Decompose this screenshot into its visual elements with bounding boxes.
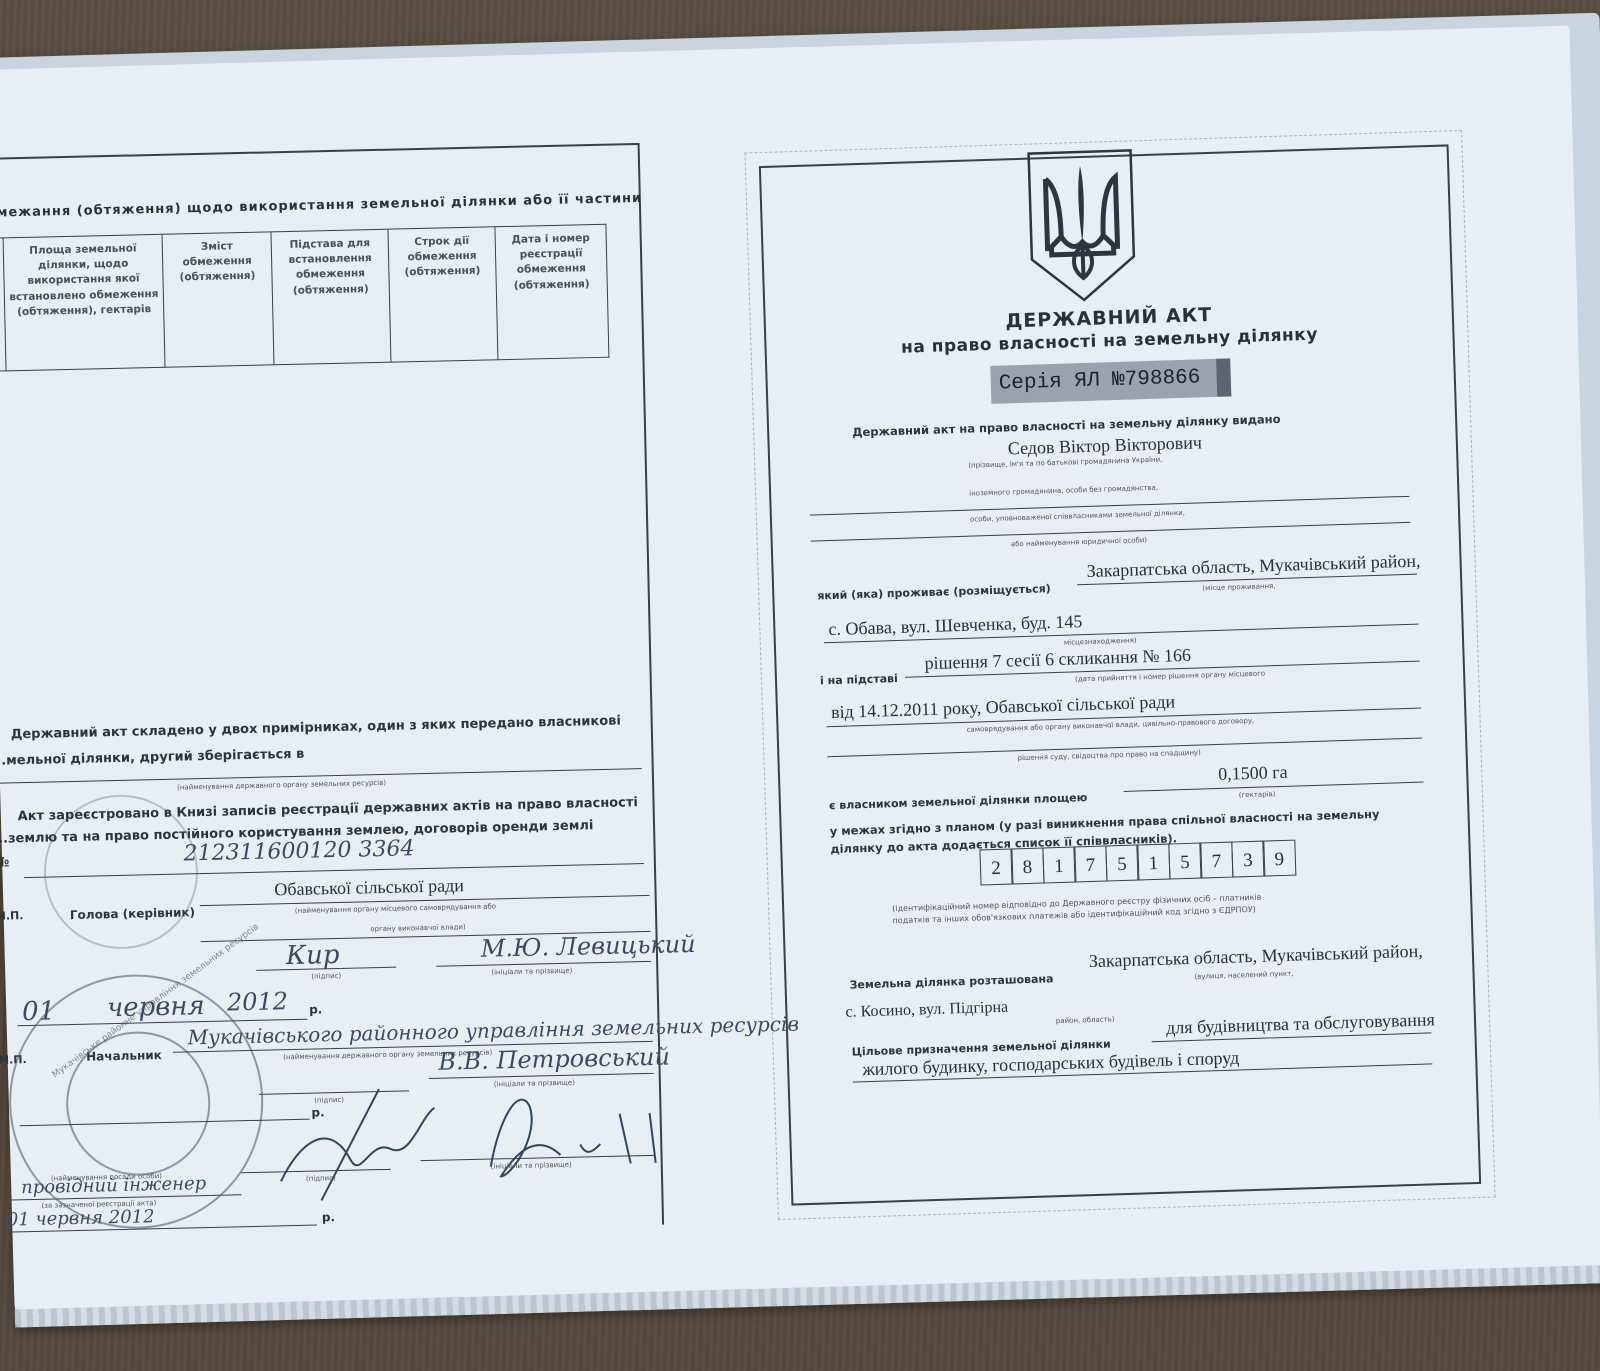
restrictions-col-registration: Дата і номер реєстрації обмеження (обтяж… <box>495 224 609 359</box>
restrictions-col-content: Зміст обмеження (обтяження) <box>162 232 274 367</box>
head-name: М.Ю. Левицький <box>480 930 695 963</box>
mp-label-1: М.П. <box>0 909 24 923</box>
series-number: 798866 <box>1124 366 1200 391</box>
area-caption: (гектарів) <box>1239 790 1276 799</box>
date-1-suffix: р. <box>309 1002 322 1016</box>
right-page: ДЕРЖАВНИЙ АКТ на право власності на земе… <box>759 144 1481 1205</box>
registrar-signature <box>259 1072 682 1211</box>
left-page: ...межання (обтяження) щодо використання… <box>0 142 692 1247</box>
restrictions-col-basis: Підстава для встановлення обмеження (обт… <box>271 229 391 365</box>
registrar-signature-caption: (підпис) <box>306 1174 336 1183</box>
head-org: Обавської сільської ради <box>274 875 464 900</box>
registration-number-label: № <box>0 855 10 870</box>
restrictions-table: Площа земельної ділянки, щодо використан… <box>0 224 609 372</box>
tax-id-digit: 3 <box>1231 841 1265 878</box>
tax-id-digit: 2 <box>979 848 1013 885</box>
series-number-badge: Серія ЯЛ №798866 <box>990 358 1231 404</box>
tax-id-digit: 5 <box>1168 843 1202 880</box>
date-1-year: 2012 <box>227 987 289 1016</box>
tax-id-digit: 1 <box>1136 844 1170 881</box>
restrictions-col-term: Строк дії обмеження (обтяження) <box>388 227 498 362</box>
tax-id-digit: 1 <box>1042 847 1076 884</box>
registration-number: 212311600120 3364 <box>183 836 414 866</box>
tax-id-digit: 5 <box>1105 845 1139 882</box>
tax-id-digit: 7 <box>1199 842 1233 879</box>
tax-id-digit: 7 <box>1073 846 1107 883</box>
tax-id-digit: 8 <box>1010 847 1044 884</box>
basis-label: і на підставі <box>820 672 898 687</box>
series-stamp-mark <box>1216 358 1231 396</box>
restrictions-col-area: Площа земельної ділянки, щодо використан… <box>3 234 165 371</box>
date-2-suffix: р. <box>322 1210 335 1224</box>
trident-coat-of-arms-icon <box>1020 144 1143 308</box>
tax-id-digit: 9 <box>1262 840 1296 877</box>
chief-name: В.В. Петровський <box>438 1042 670 1075</box>
series-label: Серія ЯЛ № <box>998 369 1125 396</box>
area-value: 0,1500 га <box>1218 762 1288 785</box>
head-signature-caption: (підпис) <box>311 972 341 981</box>
head-signature: Кир <box>286 940 340 971</box>
